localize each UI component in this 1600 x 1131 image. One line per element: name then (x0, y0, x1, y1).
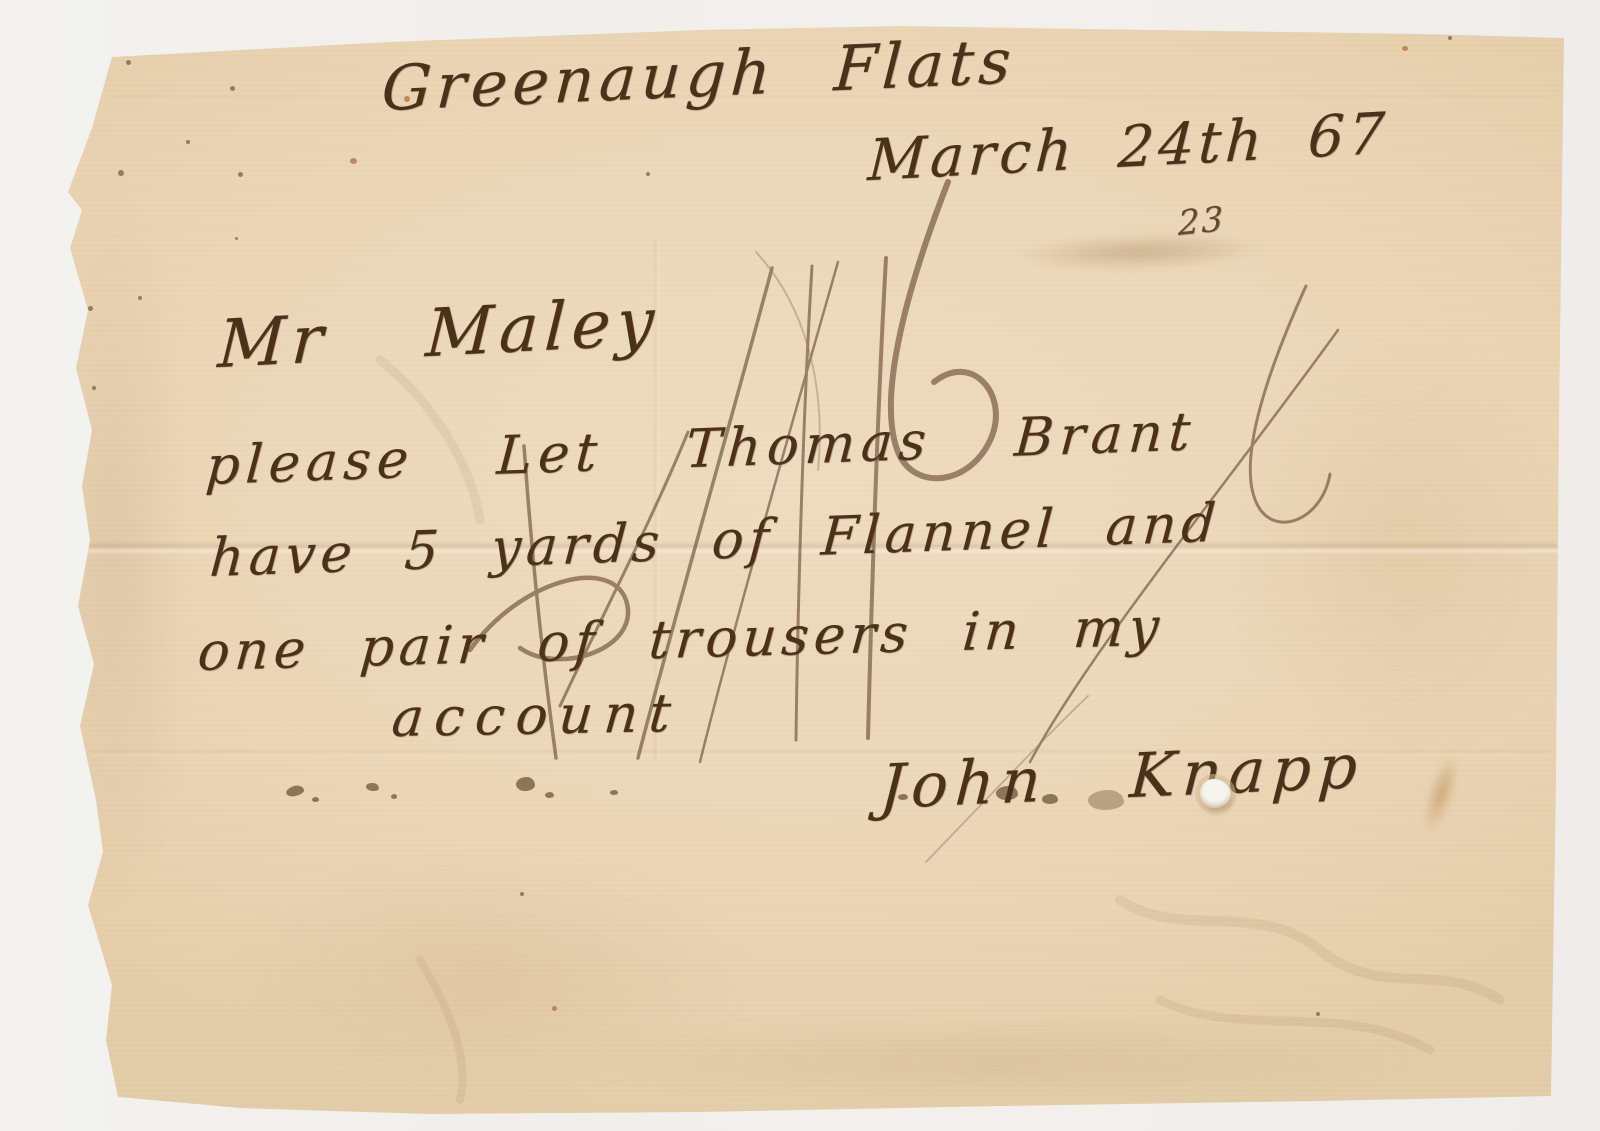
toning-stain-bottom (230, 860, 750, 1090)
ink-blot (545, 792, 554, 798)
salutation-line: Mr Maley (216, 283, 662, 383)
ink-blot (312, 797, 319, 802)
ink-blot (366, 782, 380, 792)
rust-streak-stain (1416, 750, 1467, 838)
foxing-speck (235, 237, 238, 240)
foxing-speck (88, 306, 93, 311)
ink-blot (391, 794, 397, 799)
foxing-speck (350, 158, 357, 164)
foxing-speck (92, 386, 96, 390)
foxing-speck (74, 126, 79, 131)
body-line: one pair of trousers in my (196, 597, 1167, 683)
foxing-speck (230, 86, 235, 91)
foxing-speck (1402, 46, 1408, 51)
toning-stain-left (40, 190, 190, 910)
foxing-speck (520, 892, 524, 896)
foxing-speck (1316, 1012, 1320, 1016)
foxing-speck (138, 296, 142, 300)
foxing-speck (552, 1006, 557, 1011)
foxing-speck (42, 30, 48, 36)
signature-line: John Knapp (878, 731, 1366, 823)
foxing-speck (126, 60, 131, 65)
foxing-speck (238, 172, 243, 177)
date-line: March 24th 67 (866, 101, 1390, 195)
ink-blot (610, 790, 618, 795)
foxing-speck (118, 170, 124, 176)
foxing-speck (60, 246, 64, 250)
ink-blot (516, 777, 535, 791)
ink-smear-stain (1009, 228, 1270, 275)
foxing-speck (186, 140, 190, 144)
place-line: Greenaugh Flats (380, 24, 1018, 125)
aged-paper-sheet: Greenaugh Flats March 24th 67 23 Mr Male… (0, 0, 1600, 1131)
foxing-speck (646, 172, 650, 176)
body-line: please Let Thomas Brant (204, 401, 1198, 497)
body-line: account (389, 683, 684, 749)
date-annotation: 23 (1178, 199, 1225, 244)
foxing-speck (1448, 36, 1452, 40)
scanned-note-photo: Greenaugh Flats March 24th 67 23 Mr Male… (0, 0, 1600, 1131)
body-line: have 5 yards of Flannel and (208, 493, 1223, 589)
ink-blot (285, 784, 305, 798)
edge-grime-stain (560, 1020, 1420, 1100)
toning-stain-right (1230, 330, 1570, 760)
